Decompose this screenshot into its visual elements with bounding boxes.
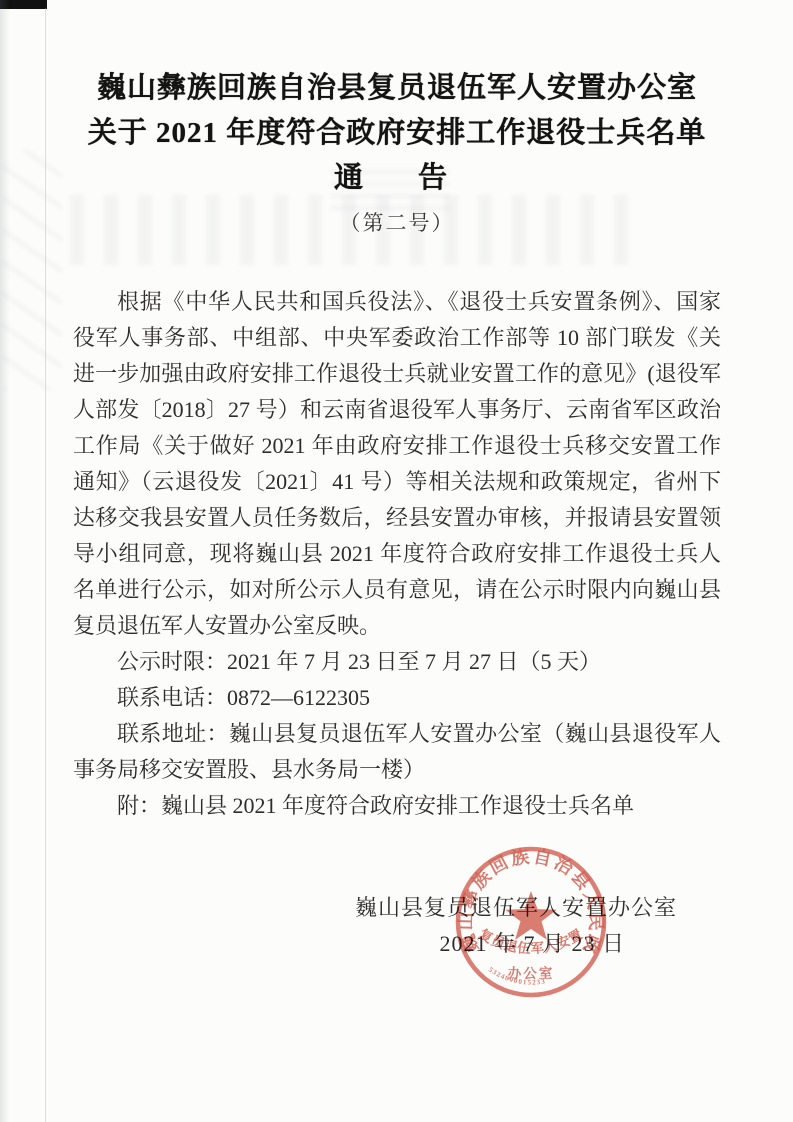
scan-edge-shadow: [0, 0, 10, 1122]
body-line: 联系地址：巍山县复员退伍军人安置办公室（巍山县退役军人: [73, 716, 721, 752]
body-line: 人部发〔2018〕27 号）和云南省退役军人事务厅、云南省军区政治: [73, 392, 721, 428]
body-line: 导小组同意，现将巍山县 2021 年度符合政府安排工作退役士兵人员: [73, 536, 721, 572]
official-seal: 巍山彝族回族自治县人民政府 复员退伍军人安置 办公室 5324000015233: [451, 842, 611, 1002]
body-line: 进一步加强由政府安排工作退役士兵就业安置工作的意见》(退役军: [73, 356, 721, 392]
document-body: 根据《中华人民共和国兵役法》、《退役士兵安置条例》、国家退役军人事务部、中组部、…: [73, 284, 721, 824]
document-number: （第二号）: [52, 201, 742, 246]
body-line: 工作局《关于做好 2021 年由政府安排工作退役士兵移交安置工作的: [73, 428, 721, 464]
body-line: 事务局移交安置股、县水务局一楼）: [73, 752, 721, 788]
body-line: 通知》（云退役发〔2021〕41 号）等相关法规和政策规定，省州下: [73, 464, 721, 500]
body-line: 联系电话：0872—6122305: [73, 680, 721, 716]
scanned-page: 巍山彝族回族自治县复员退伍军人安置办公室 关于 2021 年度符合政府安排工作退…: [0, 0, 793, 1122]
star-icon: [505, 891, 556, 940]
title-notice: 通 告: [52, 156, 742, 201]
body-line: 附：巍山县 2021 年度符合政府安排工作退役士兵名单: [73, 788, 721, 824]
title-line-1: 巍山彝族回族自治县复员退伍军人安置办公室: [52, 66, 742, 111]
paper-fold-line: [45, 8, 46, 1122]
body-line: 达移交我县安置人员任务数后，经县安置办审核，并报请县安置领: [73, 500, 721, 536]
body-line: 役军人事务部、中组部、中央军委政治工作部等 10 部门联发《关于: [73, 320, 721, 356]
body-line: 公示时限：2021 年 7 月 23 日至 7 月 27 日（5 天）: [73, 644, 721, 680]
document-heading: 巍山彝族回族自治县复员退伍军人安置办公室 关于 2021 年度符合政府安排工作退…: [52, 66, 742, 246]
body-line: 根据《中华人民共和国兵役法》、《退役士兵安置条例》、国家退: [73, 284, 721, 320]
seal-inner-arc-text: 复员退伍军人安置: [477, 925, 586, 956]
body-line: 复员退伍军人安置办公室反映。: [73, 608, 721, 644]
body-line: 名单进行公示，如对所公示人员有意见，请在公示时限内向巍山县: [73, 572, 721, 608]
title-line-2: 关于 2021 年度符合政府安排工作退役士兵名单: [52, 111, 742, 156]
